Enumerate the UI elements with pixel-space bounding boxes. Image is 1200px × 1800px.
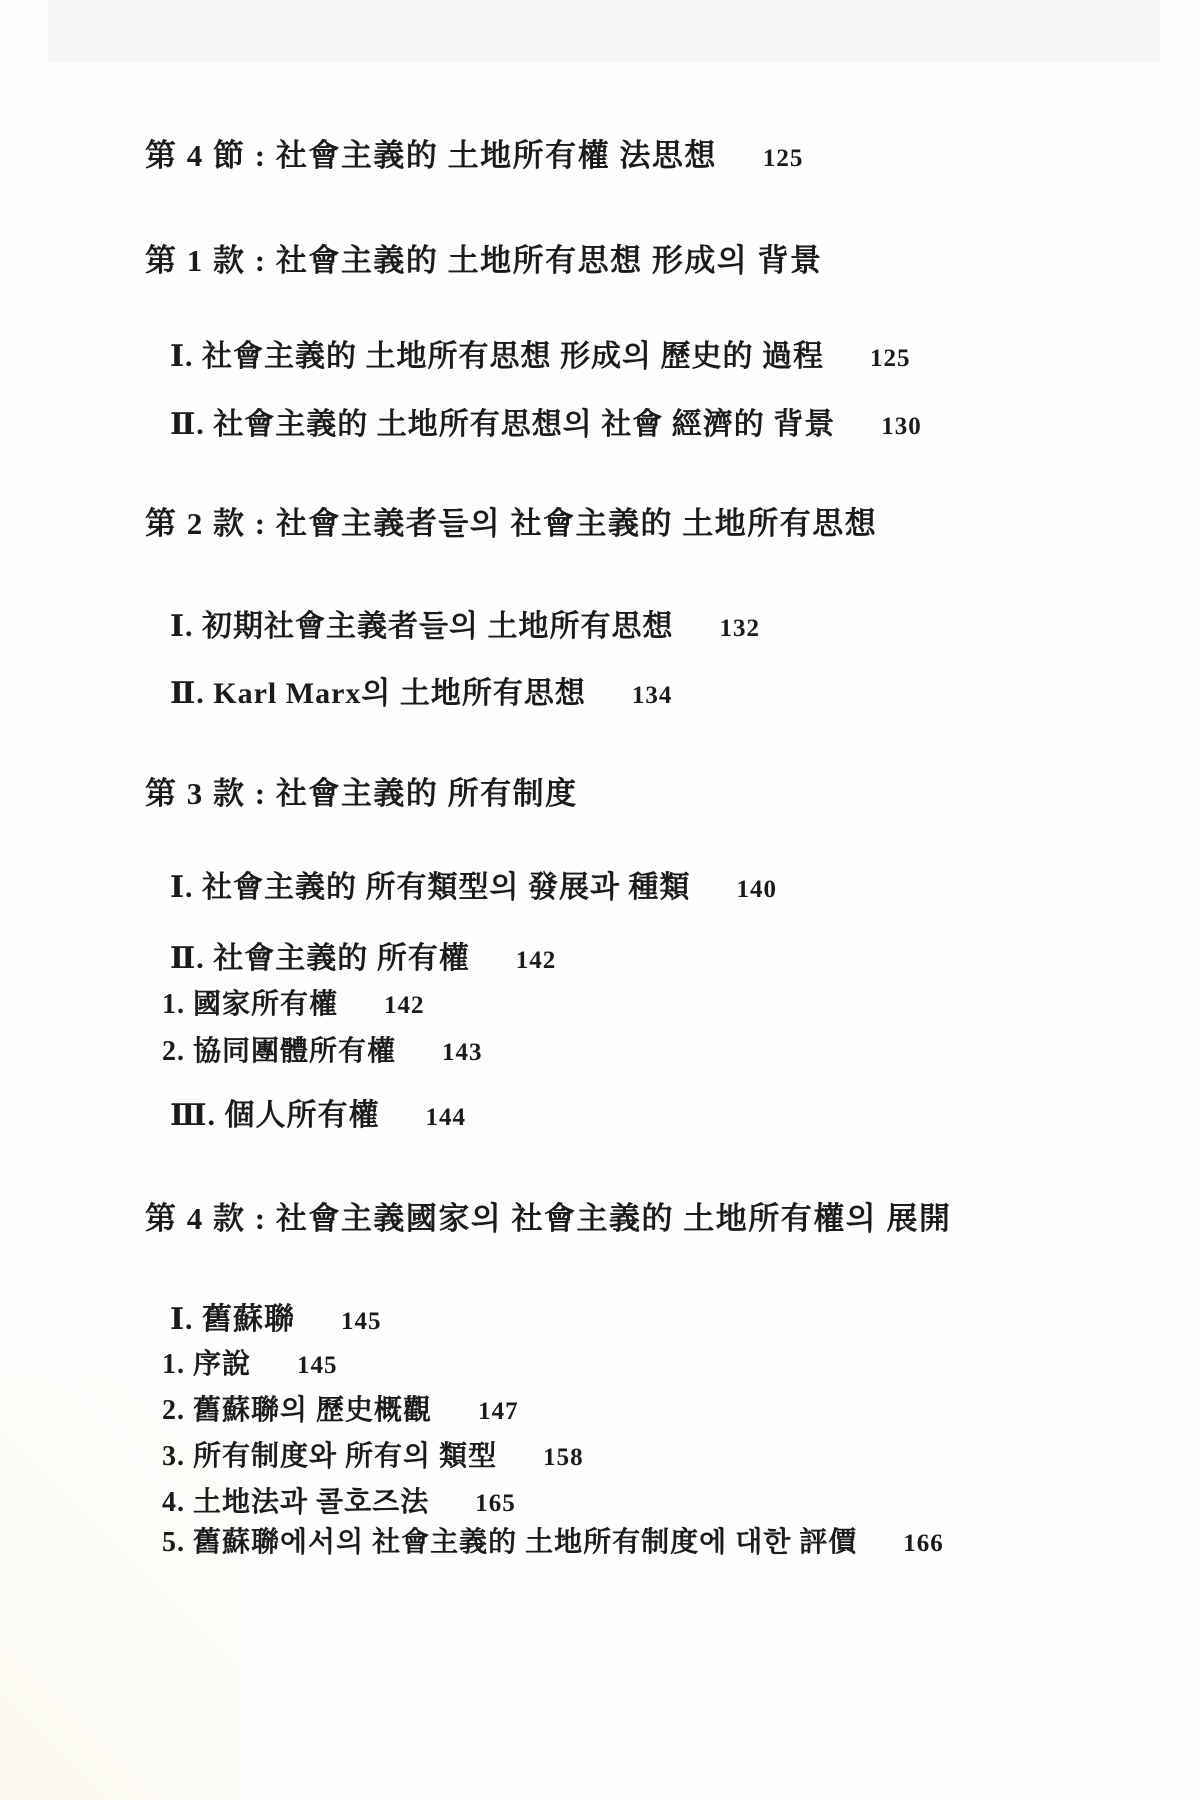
page-number: 145 bbox=[341, 1309, 382, 1334]
page-number: 130 bbox=[881, 414, 922, 439]
toc-entry: 4. 土地法과 콜호즈法165 bbox=[162, 1489, 516, 1517]
toc-entry: 第 4 款 : 社會主義國家의 社會主義的 土地所有權의 展開 bbox=[145, 1203, 997, 1234]
entry-label: Ⅱ. 社會主義的 所有權 bbox=[170, 944, 470, 974]
entry-label: 3. 所有制度와 所有의 類型 bbox=[162, 1443, 497, 1471]
page-number: 143 bbox=[442, 1040, 483, 1065]
toc-entry: Ⅱ. 社會主義的 所有權142 bbox=[170, 944, 556, 974]
page-number: 165 bbox=[475, 1491, 516, 1516]
toc-entry: Ⅰ. 社會主義的 所有類型의 發展과 種類140 bbox=[170, 873, 777, 903]
entry-label: Ⅲ. 個人所有權 bbox=[170, 1101, 380, 1131]
toc-entry: 第 4 節 : 社會主義的 土地所有權 法思想125 bbox=[145, 140, 803, 171]
entry-label: Ⅱ. 社會主義的 土地所有思想의 社會 經濟的 背景 bbox=[170, 410, 835, 440]
page-number: 144 bbox=[426, 1105, 467, 1130]
entry-label: Ⅰ. 社會主義的 所有類型의 發展과 種類 bbox=[170, 873, 691, 903]
entry-label: Ⅰ. 社會主義的 土地所有思想 形成의 歷史的 過程 bbox=[170, 342, 824, 372]
page-number: 158 bbox=[543, 1445, 584, 1470]
toc-entry: 第 1 款 : 社會主義的 土地所有思想 形成의 背景 bbox=[145, 245, 869, 276]
toc-entry: 2. 舊蘇聯의 歷史概觀147 bbox=[162, 1397, 519, 1425]
entry-label: 1. 國家所有權 bbox=[162, 991, 338, 1019]
entry-label: Ⅱ. Karl Marx의 土地所有思想 bbox=[170, 679, 586, 709]
toc-entry: 2. 協同團體所有權143 bbox=[162, 1038, 483, 1066]
toc-entry: 1. 序說145 bbox=[162, 1351, 338, 1379]
page-number: 125 bbox=[870, 346, 911, 371]
entry-label: 第 2 款 : 社會主義者들의 社會主義的 土地所有思想 bbox=[145, 508, 877, 539]
page-number: 132 bbox=[720, 616, 761, 641]
toc-entry: Ⅰ. 社會主義的 土地所有思想 形成의 歷史的 過程125 bbox=[170, 342, 911, 372]
entry-label: 第 3 款 : 社會主義的 所有制度 bbox=[145, 778, 578, 809]
toc-entry: Ⅲ. 個人所有權144 bbox=[170, 1101, 466, 1131]
page-number: 142 bbox=[516, 948, 557, 973]
page-number: 140 bbox=[737, 877, 778, 902]
toc-entry: Ⅰ. 舊蘇聯145 bbox=[170, 1305, 382, 1335]
entry-label: 2. 舊蘇聯의 歷史概觀 bbox=[162, 1397, 432, 1425]
page-number: 134 bbox=[632, 683, 673, 708]
toc-entry: 3. 所有制度와 所有의 類型158 bbox=[162, 1443, 584, 1471]
toc-entry: 第 2 款 : 社會主義者들의 社會主義的 土地所有思想 bbox=[145, 508, 923, 539]
entry-label: Ⅰ. 舊蘇聯 bbox=[170, 1305, 295, 1335]
toc-entry: 1. 國家所有權142 bbox=[162, 991, 425, 1019]
scan-artifact-band bbox=[48, 0, 1160, 62]
page-number: 145 bbox=[297, 1353, 338, 1378]
document-page: 第 4 節 : 社會主義的 土地所有權 法思想125 第 1 款 : 社會主義的… bbox=[0, 0, 1200, 1800]
toc-entry: 5. 舊蘇聯에서의 社會主義的 土地所有制度에 대한 評價166 bbox=[162, 1529, 944, 1557]
entry-label: 2. 協同團體所有權 bbox=[162, 1038, 396, 1066]
page-number: 166 bbox=[903, 1531, 944, 1556]
page-number: 125 bbox=[763, 146, 804, 171]
entry-label: 4. 土地法과 콜호즈法 bbox=[162, 1489, 429, 1517]
entry-label: 第 4 節 : 社會主義的 土地所有權 法思想 bbox=[145, 140, 717, 171]
toc-entry: Ⅰ. 初期社會主義者들의 土地所有思想132 bbox=[170, 612, 760, 642]
entry-label: Ⅰ. 初期社會主義者들의 土地所有思想 bbox=[170, 612, 674, 642]
toc-entry: Ⅱ. 社會主義的 土地所有思想의 社會 經濟的 背景130 bbox=[170, 410, 922, 440]
toc-entry: 第 3 款 : 社會主義的 所有制度 bbox=[145, 778, 624, 809]
entry-label: 1. 序說 bbox=[162, 1351, 251, 1379]
entry-label: 5. 舊蘇聯에서의 社會主義的 土地所有制度에 대한 評價 bbox=[162, 1529, 857, 1557]
entry-label: 第 4 款 : 社會主義國家의 社會主義的 土地所有權의 展開 bbox=[145, 1203, 951, 1234]
page-number: 147 bbox=[478, 1399, 519, 1424]
entry-label: 第 1 款 : 社會主義的 土地所有思想 形成의 背景 bbox=[145, 245, 823, 276]
page-number: 142 bbox=[384, 993, 425, 1018]
toc-entry: Ⅱ. Karl Marx의 土地所有思想134 bbox=[170, 679, 672, 709]
